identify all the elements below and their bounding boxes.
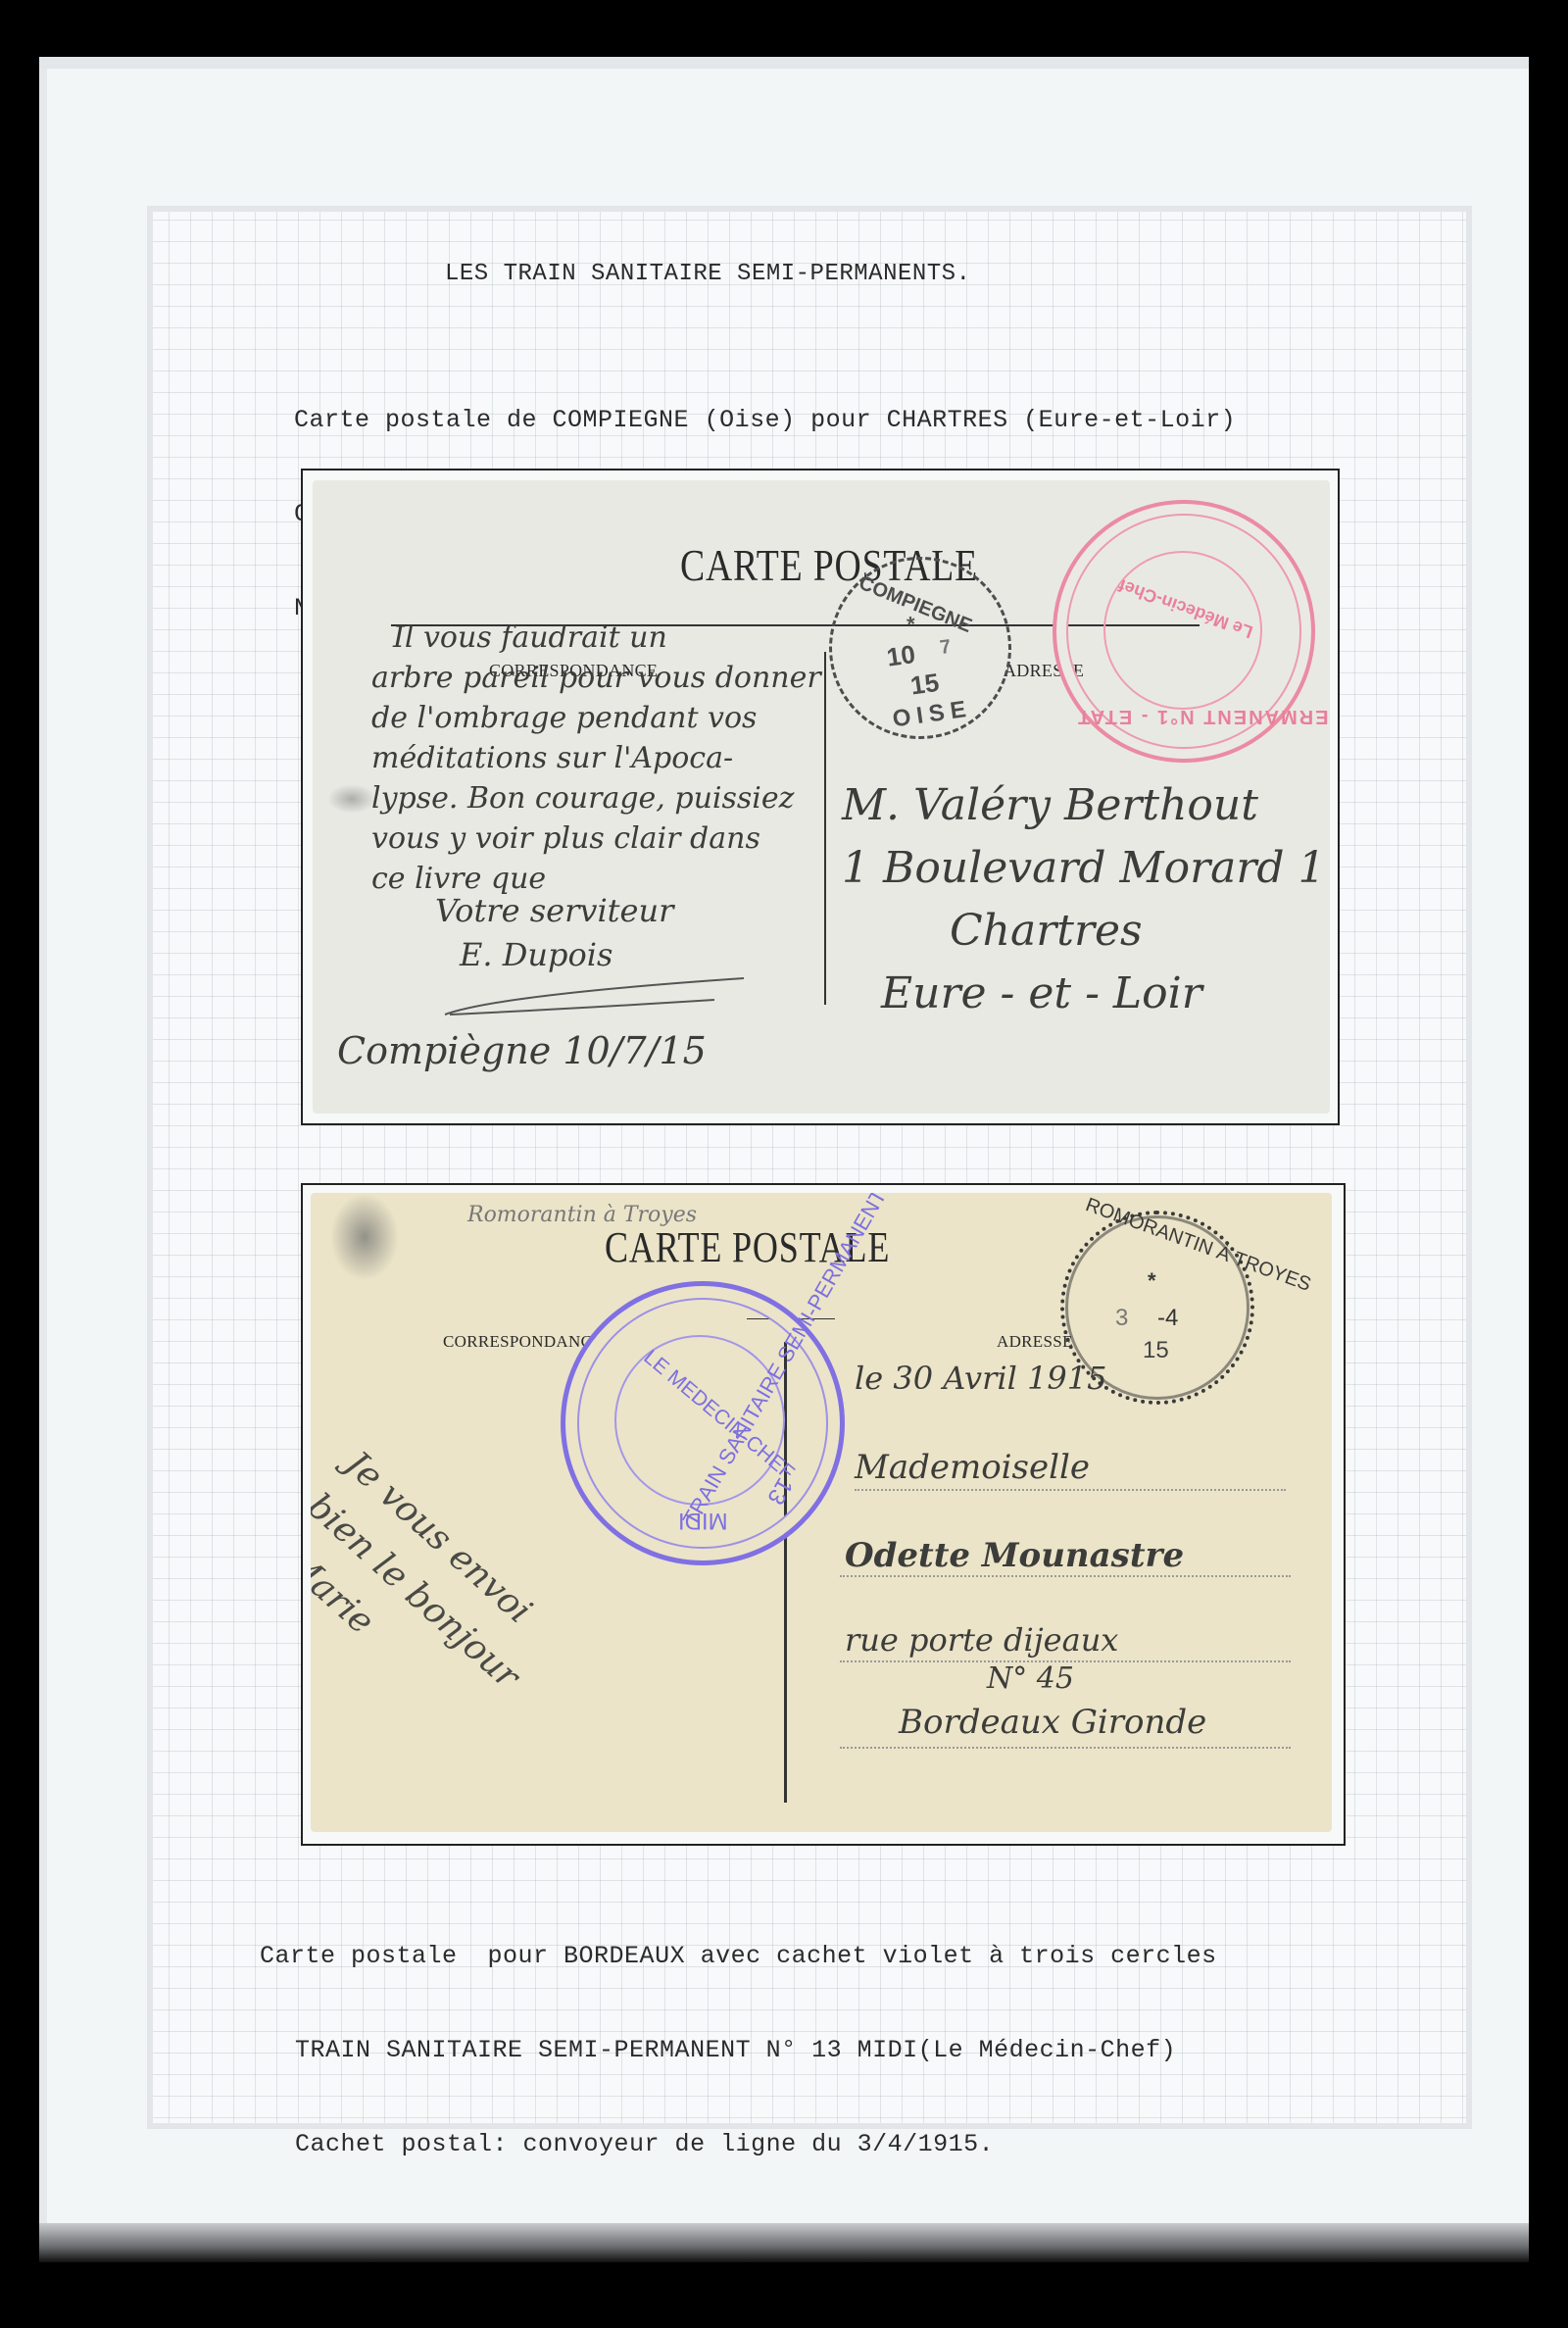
violet-cachet-midi: MIDI	[678, 1507, 728, 1534]
postcard2-mount: Romorantin à Troyes CARTE POSTALE CORRES…	[301, 1183, 1346, 1846]
address-line: 1 Boulevard Morard 1	[842, 837, 1326, 900]
adresse-label: ADRESSE	[997, 1332, 1073, 1352]
address-line: Bordeaux Gironde	[899, 1703, 1206, 1742]
postcard1: CARTE POSTALE CORRESPONDANCE ADRESSE Il …	[313, 480, 1330, 1114]
address-dotted-line	[840, 1747, 1291, 1749]
address-line: rue porte dijeaux	[845, 1621, 1118, 1659]
postmark-convoyeur: ROMORANTIN À TROYES * 3 -4 15	[1060, 1211, 1254, 1405]
correspondance-label: CORRESPONDANCE	[443, 1332, 603, 1352]
postmark-month: -4	[1157, 1305, 1178, 1332]
address-line: N° 45	[987, 1661, 1074, 1696]
message-line: de l'ombrage pendant vos	[371, 698, 821, 738]
address-dotted-line	[855, 1489, 1286, 1491]
address-line: Mademoiselle	[855, 1448, 1090, 1487]
address-dotted-line	[840, 1575, 1291, 1577]
postmark-year: 15	[908, 668, 941, 702]
postmark-route: ROMORANTIN À TROYES	[1082, 1194, 1313, 1297]
description-line: Carte postale de COMPIEGNE (Oise) pour C…	[294, 405, 1236, 436]
address-block: M. Valéry Berthout 1 Boulevard Morard 1 …	[842, 774, 1326, 1025]
postmark-symbol: *	[1148, 1268, 1156, 1294]
handwritten-message: Je vous envoi bien le bonjour Marie	[311, 1438, 570, 1746]
handwritten-message: Il vous faudrait un arbre pareil pour vo…	[371, 618, 821, 899]
description-line: Cachet postal: convoyeur de ligne du 3/4…	[260, 2129, 1217, 2160]
postmark-year: 15	[1143, 1337, 1169, 1364]
page-curl-edge	[39, 2223, 1529, 2262]
message-line: arbre pareil pour vous donner	[371, 658, 821, 698]
address-line: Odette Mounastre	[845, 1536, 1184, 1575]
red-cachet-ring-text: TRAIN SANITAIRE SEMI-PERMANENT N°1 - ETA…	[1076, 705, 1330, 727]
description-line: Carte postale pour BORDEAUX avec cachet …	[260, 1941, 1217, 1972]
message-line: méditations sur l'Apoca-	[371, 738, 821, 778]
postcard1-mount: CARTE POSTALE CORRESPONDANCE ADRESSE Il …	[301, 469, 1340, 1125]
item2-description: Carte postale pour BORDEAUX avec cachet …	[260, 1878, 1217, 2192]
message-line: vous y voir plus clair dans	[371, 818, 821, 859]
address-line: Chartres	[842, 900, 1326, 963]
red-cachet: Le Médecin-Chef TRAIN SANITAIRE SEMI-PER…	[1053, 500, 1315, 763]
postmark-month: 7	[939, 636, 953, 660]
postmark-day: 10	[885, 639, 917, 673]
postmark-day: 3	[1115, 1305, 1128, 1332]
place-date: Compiègne 10/7/15	[337, 1029, 707, 1072]
signature-flourish	[440, 970, 754, 1029]
stain	[330, 1193, 399, 1281]
violet-cachet-number: 13	[761, 1472, 799, 1509]
message-line: Il vous faudrait un	[371, 618, 821, 658]
message-line: lypse. Bon courage, puissiez	[371, 778, 821, 818]
postcard2: Romorantin à Troyes CARTE POSTALE CORRES…	[311, 1193, 1332, 1832]
closing: Votre serviteur	[435, 892, 673, 929]
description-line: TRAIN SANITAIRE SEMI-PERMANENT N° 13 MID…	[260, 2035, 1217, 2066]
postmark-dept: OISE	[891, 695, 973, 733]
address-line: M. Valéry Berthout	[842, 774, 1326, 837]
stain	[327, 784, 376, 814]
letter-date: le 30 Avril 1915	[855, 1360, 1107, 1397]
address-line: Eure - et - Loir	[842, 963, 1326, 1025]
violet-cachet: TRAIN SANITAIRE SEMI-PERMANENT LE MEDECI…	[561, 1281, 845, 1565]
page-title: LES TRAIN SANITAIRE SEMI-PERMANENTS.	[445, 259, 970, 290]
divider-line	[824, 652, 826, 1005]
signature: E. Dupois	[460, 936, 612, 973]
